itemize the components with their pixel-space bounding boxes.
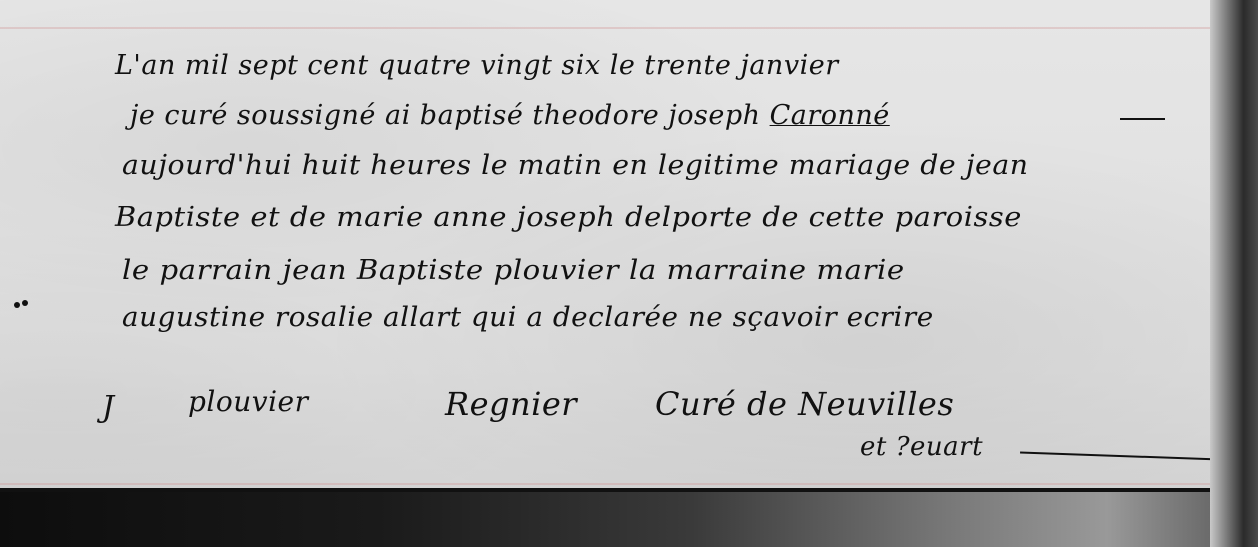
signature-godfather: plouvier <box>188 385 309 418</box>
text-line-5: le parrain jean Baptiste plouvier la mar… <box>122 255 905 286</box>
margin-dots <box>14 300 30 308</box>
text-line-3: aujourd'hui huit heures le matin en legi… <box>122 150 1029 181</box>
text-line-6: augustine rosalie allart qui a declarée … <box>122 302 934 333</box>
page-bottom-edge <box>0 488 1258 547</box>
text-line-4: Baptiste et de marie anne joseph delport… <box>115 202 1022 233</box>
ruled-line-top <box>0 27 1216 29</box>
margin-mark: J <box>102 390 114 425</box>
signature-priest-title-2: et ?euart <box>860 432 983 462</box>
text-line-2: je curé soussigné ai baptisé theodore jo… <box>130 100 890 131</box>
text-line-2-content: je curé soussigné ai baptisé theodore jo… <box>130 100 890 131</box>
surname-underlined: Caronné <box>770 100 890 131</box>
book-binding-edge <box>1210 0 1258 547</box>
signature-flourish <box>1020 452 1220 461</box>
line-2-flourish <box>1120 118 1165 120</box>
signature-priest-title: Curé de Neuvilles <box>655 385 954 423</box>
text-line-1: L'an mil sept cent quatre vingt six le t… <box>115 50 839 81</box>
ruled-line-bottom <box>0 483 1216 485</box>
register-page: L'an mil sept cent quatre vingt six le t… <box>0 0 1240 490</box>
signature-priest: Regnier <box>445 385 577 423</box>
